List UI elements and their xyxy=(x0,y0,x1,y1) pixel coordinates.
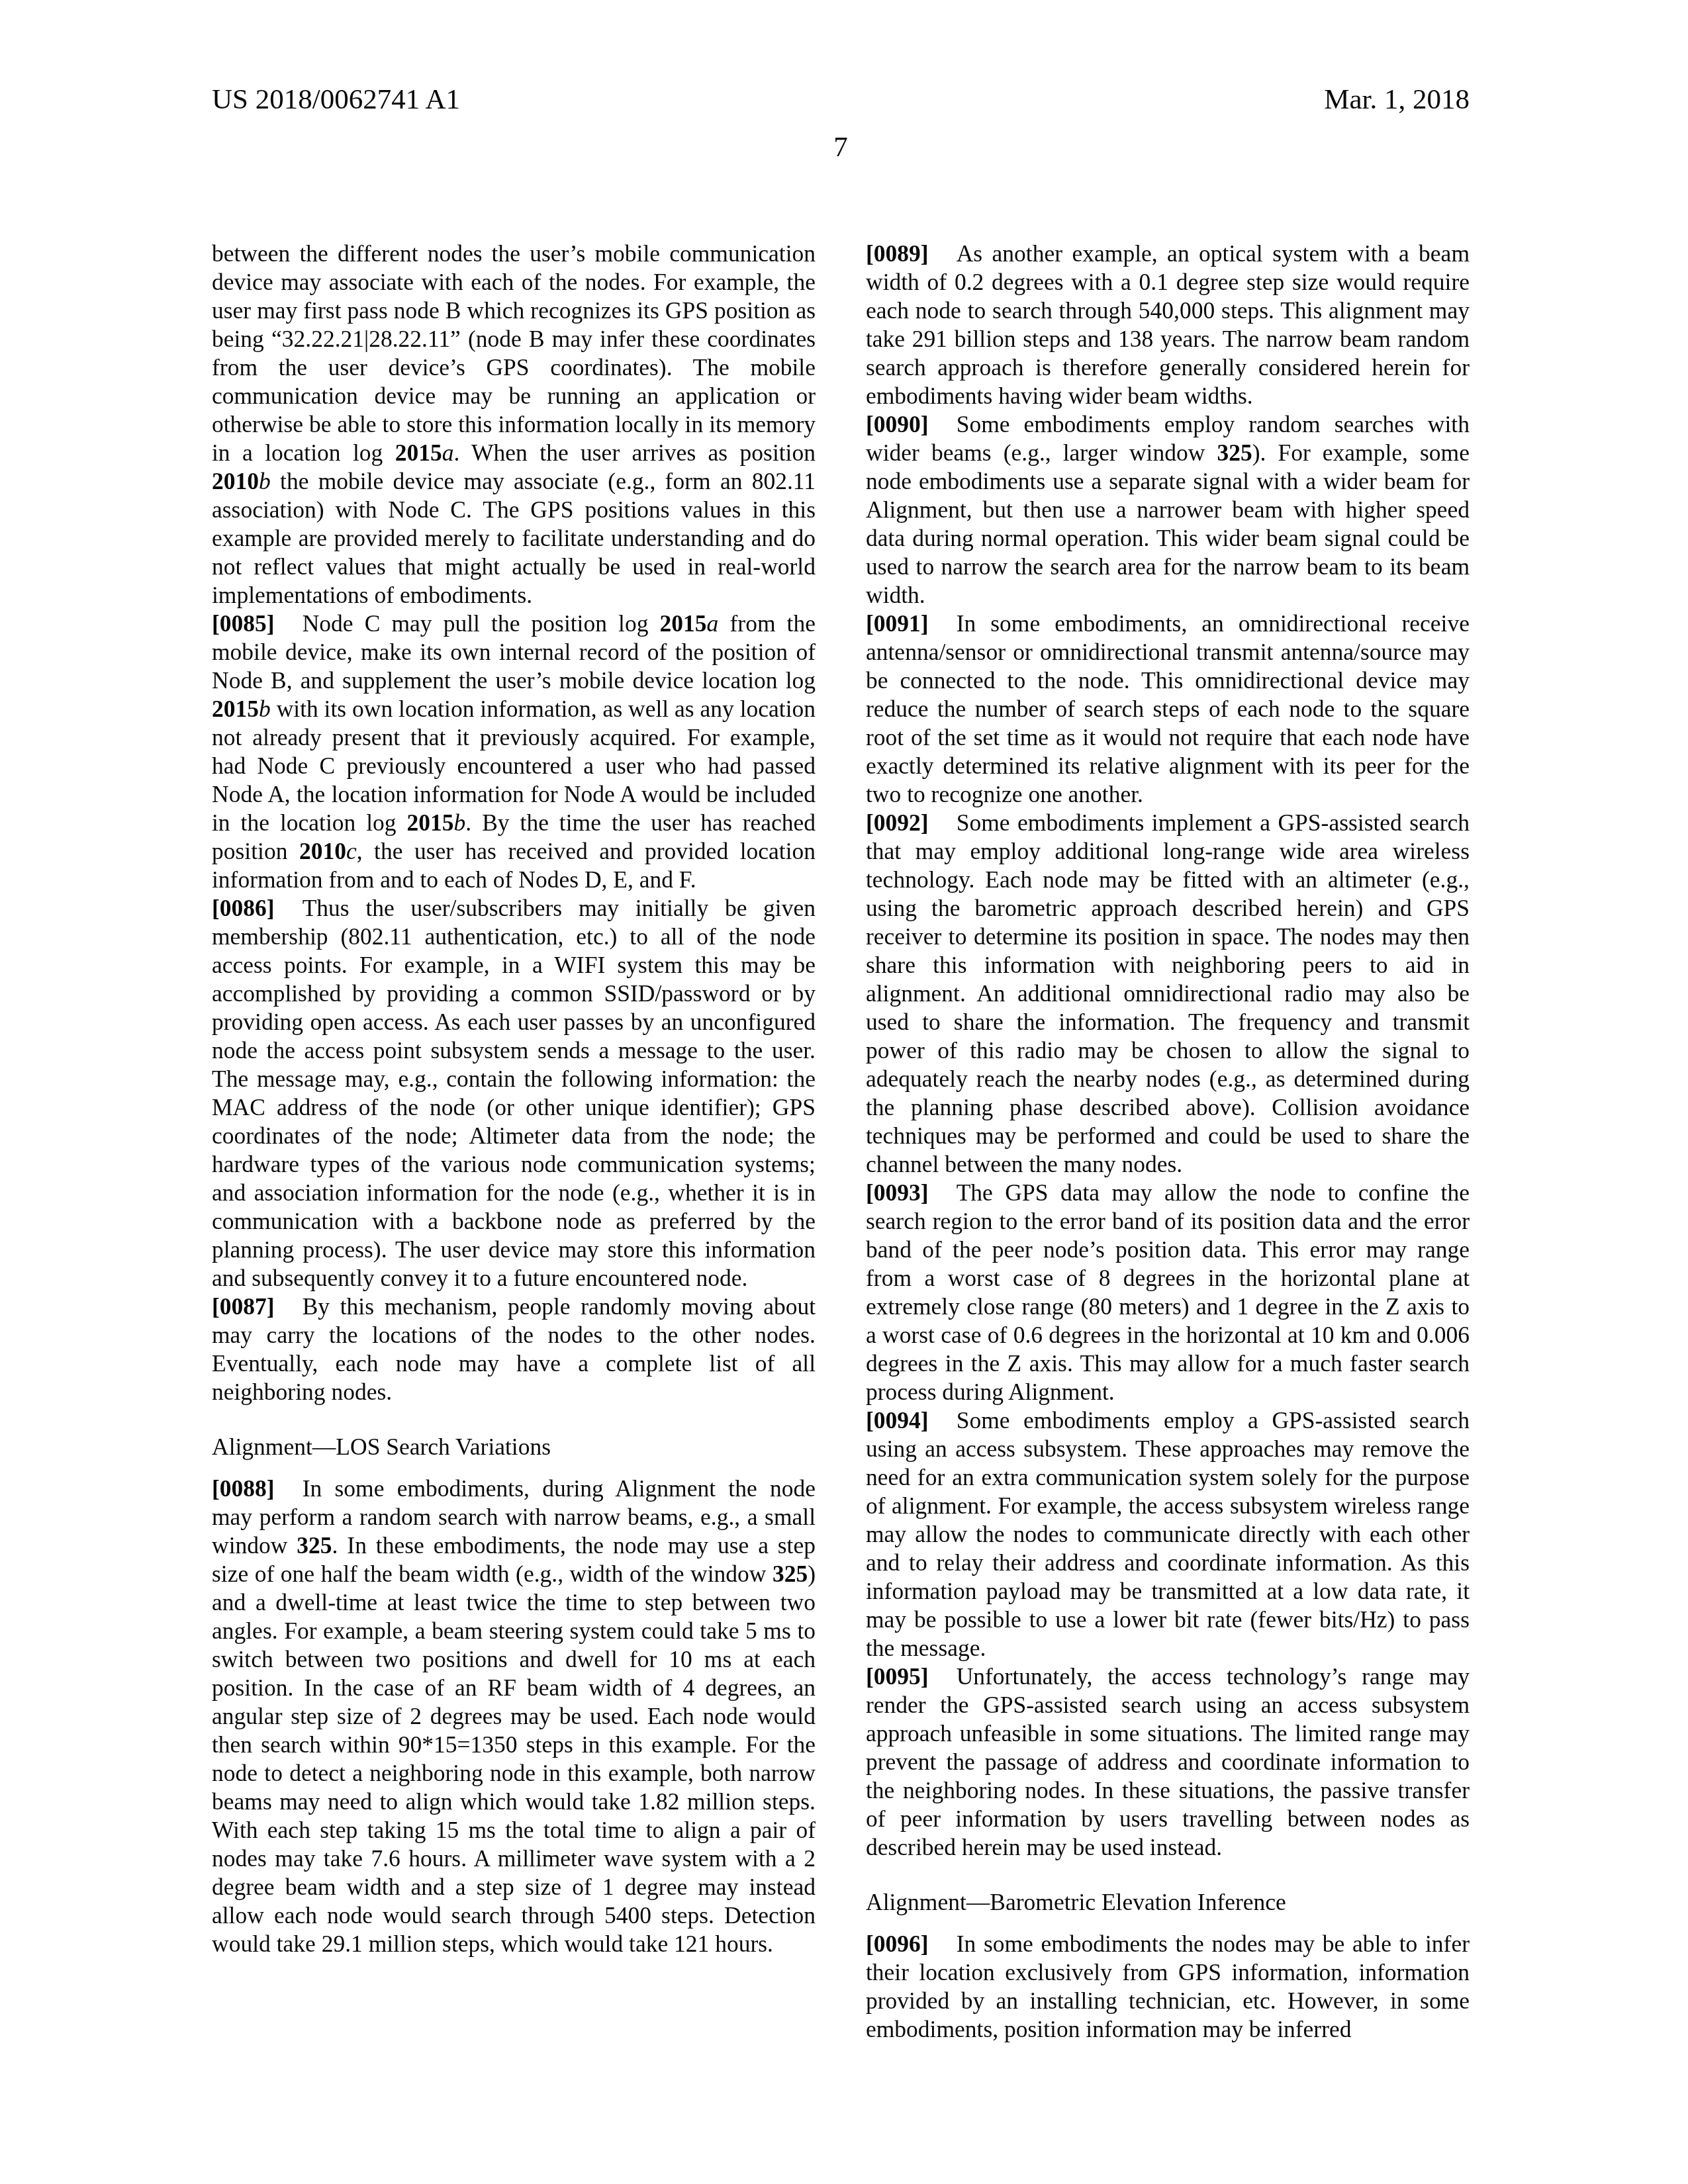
patent-page: US 2018/0062741 A1 Mar. 1, 2018 7 betwee… xyxy=(0,0,1688,2184)
paragraph-0095: [0095]Unfortunately, the access technolo… xyxy=(866,1662,1470,1862)
paragraph-number: [0085] xyxy=(212,610,275,637)
paragraph-number: [0091] xyxy=(866,610,929,637)
paragraph-0093: [0093]The GPS data may allow the node to… xyxy=(866,1179,1470,1406)
paragraph-0090: [0090]Some embodiments employ random sea… xyxy=(866,410,1470,610)
page-header: US 2018/0062741 A1 Mar. 1, 2018 xyxy=(212,85,1470,115)
paragraph-number: [0086] xyxy=(212,895,275,921)
section-heading: Alignment—Barometric Elevation Inference xyxy=(866,1888,1470,1917)
paragraph-0088: [0088]In some embodiments, during Alignm… xyxy=(212,1475,816,1958)
publication-date: Mar. 1, 2018 xyxy=(1324,85,1470,115)
paragraph-number: [0096] xyxy=(866,1931,929,1957)
paragraph-0092: [0092]Some embodiments implement a GPS-a… xyxy=(866,809,1470,1179)
paragraph-continued: between the different nodes the user’s m… xyxy=(212,240,816,610)
paragraph-0087: [0087]By this mechanism, people randomly… xyxy=(212,1293,816,1406)
page-number: 7 xyxy=(212,132,1470,163)
paragraph-0096: [0096]In some embodiments the nodes may … xyxy=(866,1930,1470,2044)
paragraph-number: [0088] xyxy=(212,1475,275,1502)
paragraph-0089: [0089]As another example, an optical sys… xyxy=(866,240,1470,410)
paragraph-number: [0089] xyxy=(866,240,929,267)
paragraph-0085: [0085]Node C may pull the position log 2… xyxy=(212,610,816,894)
paragraph-0091: [0091]In some embodiments, an omnidirect… xyxy=(866,610,1470,809)
right-column: [0089]As another example, an optical sys… xyxy=(866,240,1470,2044)
paragraph-number: [0094] xyxy=(866,1407,929,1433)
paragraph-number: [0087] xyxy=(212,1293,275,1320)
text-columns: between the different nodes the user’s m… xyxy=(212,240,1470,2044)
paragraph-0094: [0094]Some embodiments employ a GPS-assi… xyxy=(866,1406,1470,1662)
patent-publication-number: US 2018/0062741 A1 xyxy=(212,85,460,115)
section-heading: Alignment—LOS Search Variations xyxy=(212,1433,816,1461)
paragraph-number: [0093] xyxy=(866,1179,929,1206)
paragraph-0086: [0086]Thus the user/subscribers may init… xyxy=(212,894,816,1293)
paragraph-number: [0090] xyxy=(866,411,929,437)
paragraph-number: [0092] xyxy=(866,809,929,836)
paragraph-number: [0095] xyxy=(866,1663,929,1690)
left-column: between the different nodes the user’s m… xyxy=(212,240,816,2044)
